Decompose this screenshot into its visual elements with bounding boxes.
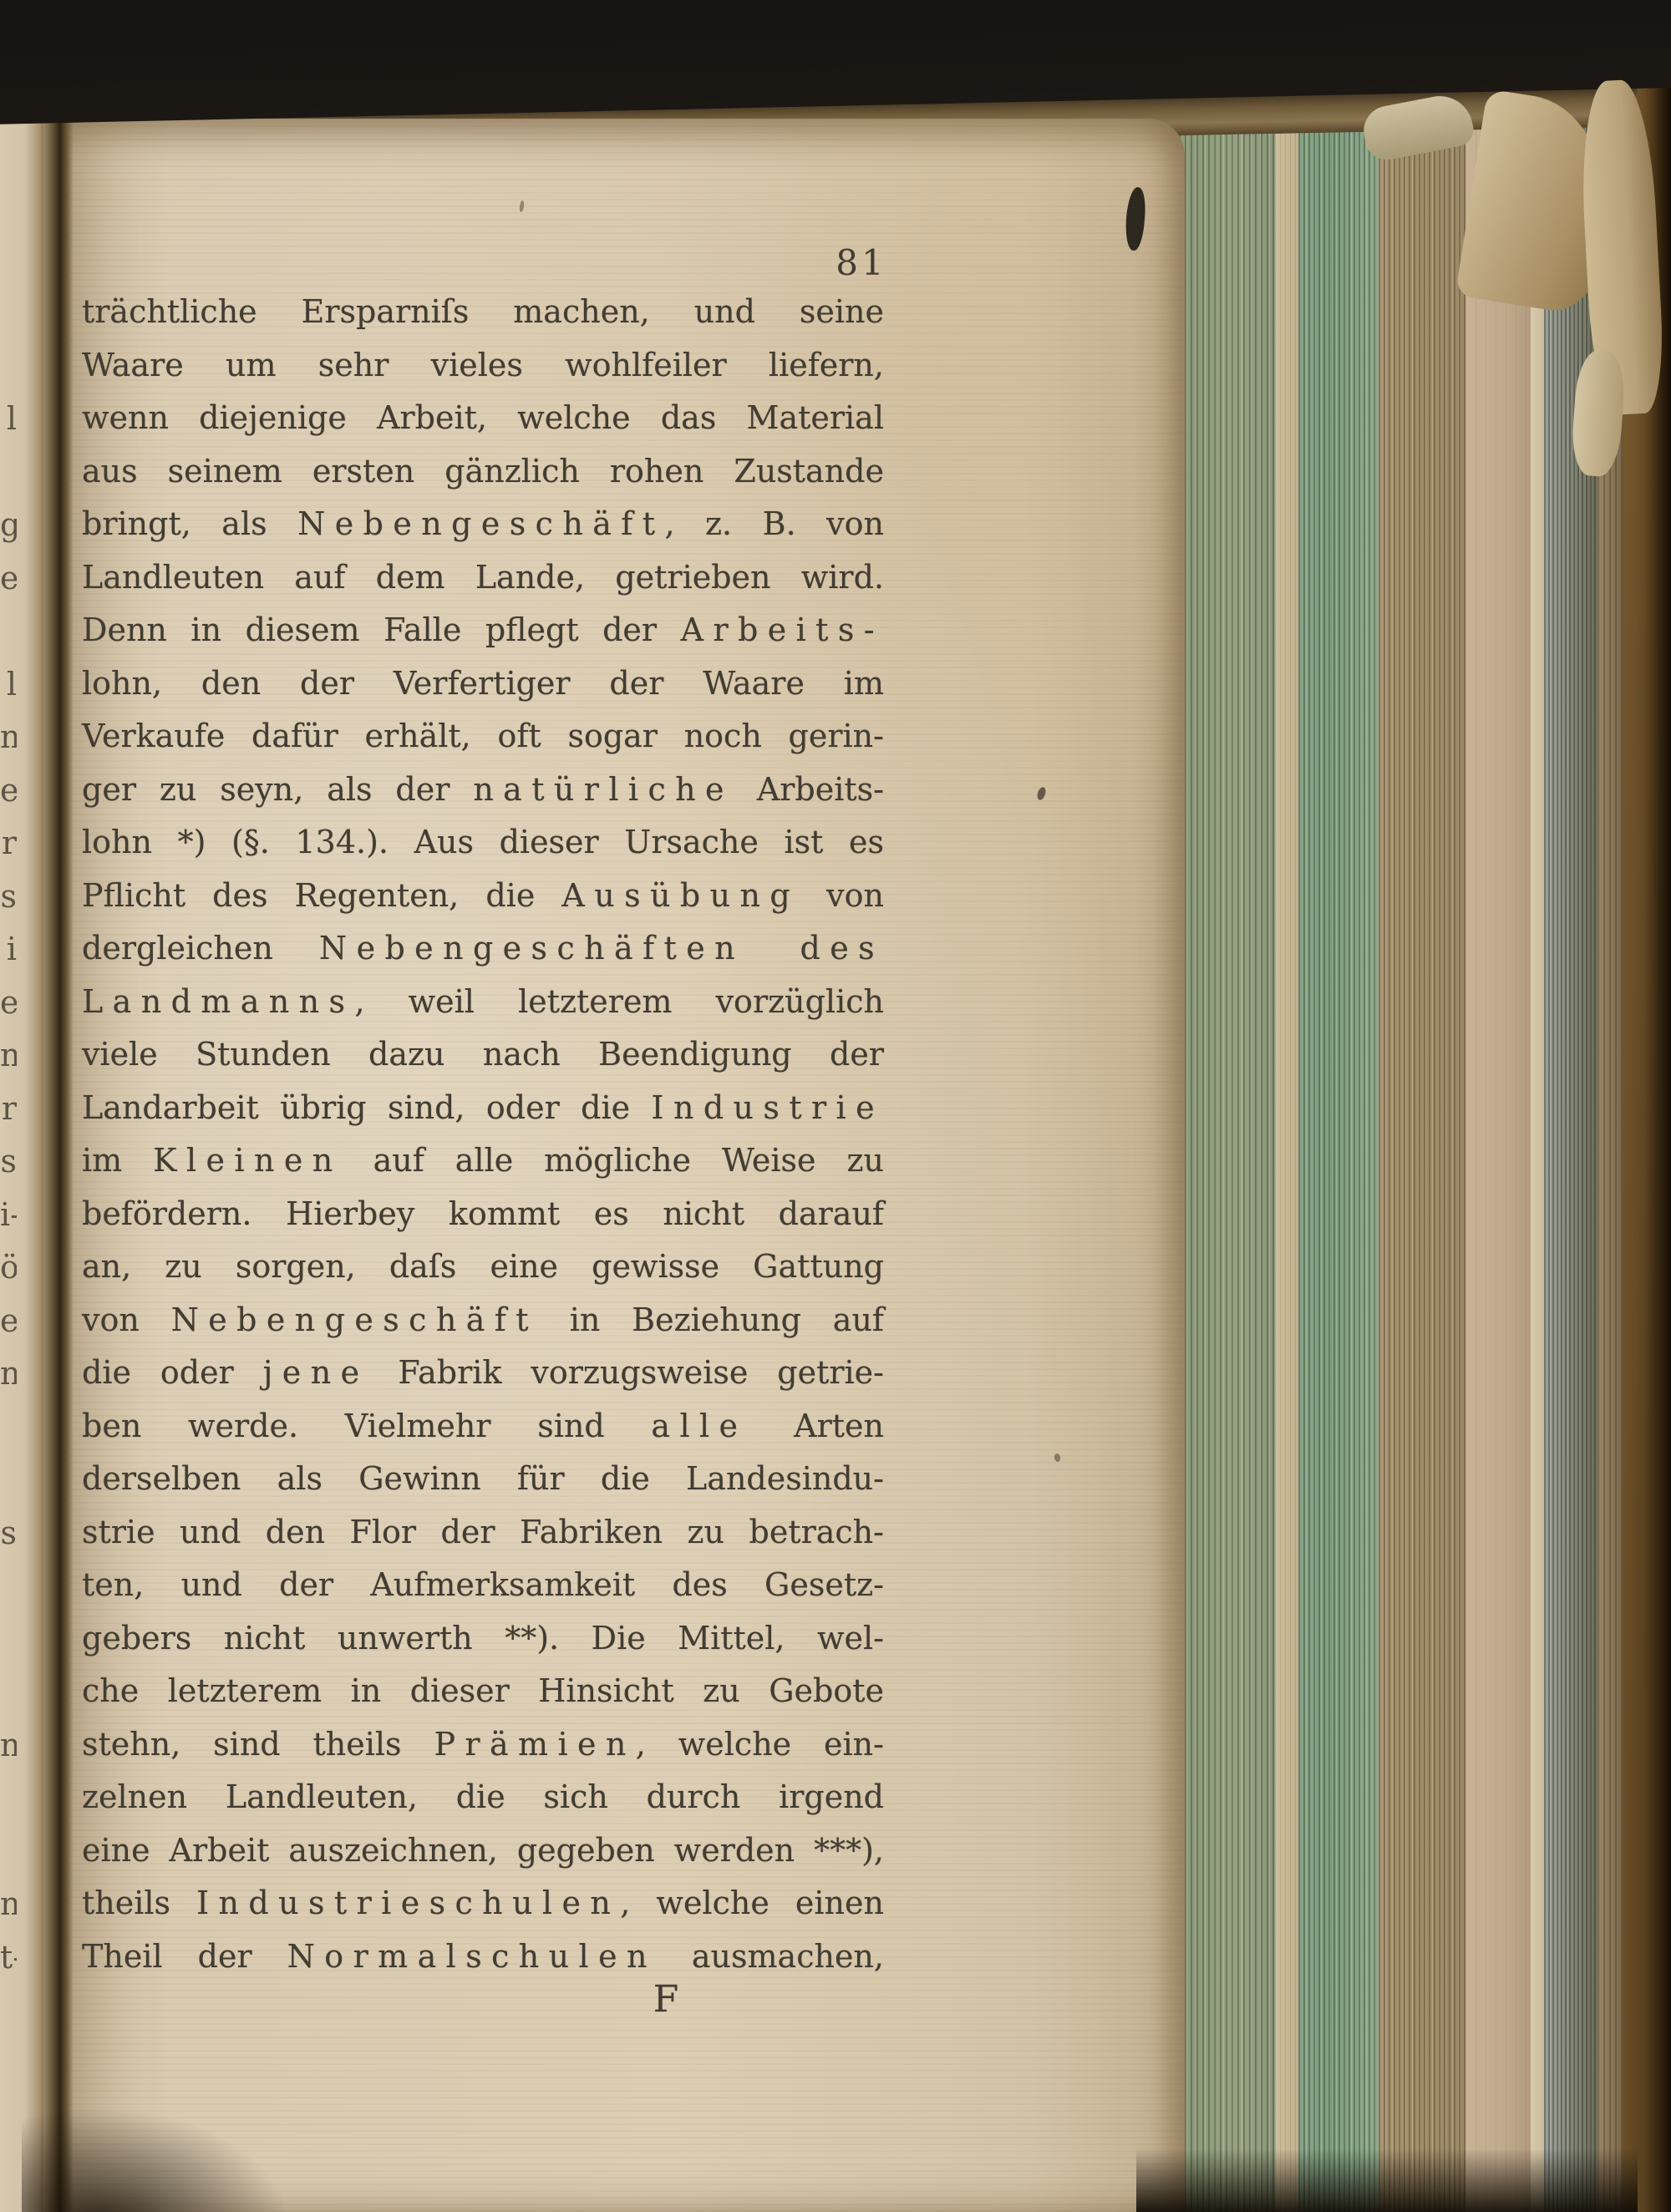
text-segment: von [800, 877, 884, 914]
text-segment: Landarbeit übrig sind, oder die [82, 1089, 652, 1126]
text-segment: Theil der [82, 1938, 287, 1975]
signature-mark: F [591, 1978, 741, 2021]
letterspaced-text: Kleinen [153, 1142, 342, 1179]
text-segment: auf alle mögliche Weise zu [343, 1142, 884, 1179]
text-line: che letzterem in dieser Hinsicht zu Gebo… [82, 1665, 884, 1718]
text-segment: theils [82, 1885, 196, 1921]
text-segment: Arbeits- [734, 771, 884, 808]
text-line: im Kleinen auf alle mögliche Weise zu [82, 1134, 884, 1188]
edge-text-fragment: n [0, 1347, 17, 1400]
text-segment: Waare um sehr vieles wohlfeiler liefern, [82, 347, 884, 383]
text-segment: gebers nicht unwerth **). Die Mittel, we… [82, 1620, 884, 1656]
edge-text-fragment: n [0, 1028, 17, 1082]
text-line: von Nebengeschäft in Beziehung auf [82, 1294, 884, 1347]
bottom-shadow [22, 2103, 297, 2212]
text-line: zelnen Landleuten, die sich durch irgend [82, 1771, 884, 1824]
letterspaced-text: Industrieschulen [196, 1885, 620, 1921]
text-segment: , welche einen [620, 1885, 884, 1921]
text-segment: lohn, den der Verfertiger der Waare im [82, 665, 884, 702]
letterspaced-text: Nebengeschäft [297, 505, 664, 542]
text-line: Waare um sehr vieles wohlfeiler liefern, [82, 339, 884, 393]
edge-text-fragment: e [0, 764, 17, 817]
text-line: die oder jene Fabrik vorzugsweise getrie… [82, 1347, 884, 1400]
text-segment: lohn *) (§. 134.). Aus dieser Ursache is… [82, 824, 884, 860]
edge-text-fragment: ö- [0, 1240, 17, 1294]
text-segment: ausmachen, [657, 1938, 884, 1975]
letterspaced-text: Nebengeschäft [171, 1301, 538, 1338]
text-line: trächtliche Ersparniſs machen, und seine [82, 286, 884, 339]
edge-text-fragment: e [0, 551, 17, 605]
text-segment: Landleuten auf dem Lande, getrieben wird… [82, 559, 884, 596]
letterspaced-text: Arbeits- [681, 611, 884, 648]
text-segment: befördern. Hierbey kommt es nicht darauf [82, 1195, 884, 1232]
text-line: viele Stunden dazu nach Beendigung der [82, 1028, 884, 1082]
text-line: an, zu sorgen, daſs eine gewisse Gattung [82, 1240, 884, 1294]
text-line: lohn *) (§. 134.). Aus dieser Ursache is… [82, 816, 884, 870]
text-segment: im [82, 1142, 153, 1179]
page-number: 81 [811, 242, 912, 283]
text-segment: , weil letzterem vorzüglich [354, 983, 884, 1020]
edge-text-fragment: n [0, 1718, 17, 1772]
text-segment: ten, und der Aufmerksamkeit des Gesetz- [82, 1566, 884, 1603]
text-segment: trächtliche Ersparniſs machen, und seine [82, 293, 884, 330]
text-segment: zelnen Landleuten, die sich durch irgend [82, 1778, 884, 1815]
book-fore-edge [1150, 0, 1623, 2212]
letterspaced-text: Ausübung [561, 877, 800, 914]
text-segment: Arten [747, 1408, 884, 1444]
edge-text-fragment: t- [0, 1930, 17, 1984]
text-segment: derselben als Gewinn für die Landesindu- [82, 1460, 884, 1497]
text-segment: in Beziehung auf [538, 1301, 884, 1338]
text-segment: Denn in diesem Falle pflegt der [82, 611, 681, 648]
fore-edge-cream-line [1531, 0, 1544, 2212]
text-segment: eine Arbeit auszeichnen, gegeben werden … [82, 1832, 884, 1869]
edge-text-fragment: e [0, 1294, 17, 1347]
edge-text-fragment: s [0, 1506, 17, 1560]
text-line: Landmanns, weil letzterem vorzüglich [82, 976, 884, 1029]
edge-text-fragment: r [0, 816, 17, 870]
text-segment: dergleichen [82, 930, 319, 966]
text-line: Verkaufe dafür erhält, oft sogar noch ge… [82, 710, 884, 764]
text-line: derselben als Gewinn für die Landesindu- [82, 1453, 884, 1506]
text-line: stehn, sind theils Prämien, welche ein- [82, 1718, 884, 1772]
text-segment: wenn diejenige Arbeit, welche das Materi… [82, 399, 884, 436]
text-line: ger zu seyn, als der natürliche Arbeits- [82, 764, 884, 817]
text-line: strie und den Flor der Fabriken zu betra… [82, 1506, 884, 1560]
letterspaced-text: Nebengeschäften des [319, 930, 884, 966]
edge-text-fragment: g [0, 498, 17, 551]
text-block: trächtliche Ersparniſs machen, und seine… [82, 286, 884, 1983]
facing-page-sliver: lgelnersienrsi-ö-ensnnt- [0, 117, 45, 2212]
text-line: lohn, den der Verfertiger der Waare im [82, 657, 884, 711]
text-segment: ger zu seyn, als der [82, 771, 473, 808]
text-segment: , welche ein- [636, 1726, 884, 1763]
edge-text-fragment: r [0, 1082, 17, 1135]
text-line: gebers nicht unwerth **). Die Mittel, we… [82, 1612, 884, 1666]
text-segment: strie und den Flor der Fabriken zu betra… [82, 1514, 884, 1550]
text-line: ben werde. Vielmehr sind alle Arten [82, 1400, 884, 1454]
edge-text-fragment: s [0, 1134, 17, 1188]
edge-text-fragment: i- [0, 1188, 17, 1241]
book-page: 81 trächtliche Ersparniſs machen, und se… [55, 119, 1185, 2212]
text-line: aus seinem ersten gänzlich rohen Zustand… [82, 445, 884, 499]
ink-speck [519, 200, 525, 213]
edge-text-fragment: l [0, 657, 17, 711]
text-line: dergleichen Nebengeschäften des [82, 922, 884, 976]
text-line: Landleuten auf dem Lande, getrieben wird… [82, 551, 884, 605]
text-segment: Verkaufe dafür erhält, oft sogar noch ge… [82, 718, 884, 754]
text-segment: , z. B. von [664, 505, 884, 542]
book-scan-photo: lgelnersienrsi-ö-ensnnt- 81 trächtliche … [0, 0, 1671, 2212]
bottom-shadow [1136, 2149, 1638, 2212]
text-line: bringt, als Nebengeschäft, z. B. von [82, 498, 884, 551]
text-line: Theil der Normalschulen ausmachen, [82, 1930, 884, 1984]
text-line: befördern. Hierbey kommt es nicht darauf [82, 1188, 884, 1241]
fore-edge-tan-line [1275, 0, 1298, 2212]
edge-text-fragment: s [0, 870, 17, 923]
text-segment: Fabrik vorzugsweise getrie- [368, 1354, 884, 1391]
text-segment: die oder [82, 1354, 263, 1391]
edge-text-fragment: n [0, 710, 17, 764]
text-segment: an, zu sorgen, daſs eine gewisse Gattung [82, 1248, 884, 1285]
text-line: wenn diejenige Arbeit, welche das Materi… [82, 392, 884, 445]
letterspaced-text: Industrie [652, 1089, 884, 1126]
fore-edge-green-band-2 [1298, 0, 1379, 2212]
letterspaced-text: natürliche [473, 771, 734, 808]
text-line: theils Industrieschulen, welche einen [82, 1877, 884, 1930]
letterspaced-text: alle [651, 1408, 747, 1444]
text-segment: von [82, 1301, 171, 1338]
text-line: Denn in diesem Falle pflegt der Arbeits- [82, 604, 884, 657]
ink-speck [1036, 786, 1048, 801]
text-segment: che letzterem in dieser Hinsicht zu Gebo… [82, 1672, 884, 1709]
text-segment: viele Stunden dazu nach Beendigung der [82, 1036, 884, 1073]
text-segment: aus seinem ersten gänzlich rohen Zustand… [82, 453, 884, 490]
text-line: Pflicht des Regenten, die Ausübung von [82, 870, 884, 923]
edge-text-fragment: l [0, 392, 17, 445]
text-segment: ben werde. Vielmehr sind [82, 1408, 651, 1444]
text-segment: Pflicht des Regenten, die [82, 877, 561, 914]
fore-edge-smooth-band [1465, 0, 1531, 2212]
letterspaced-text: Landmanns [82, 983, 354, 1020]
edge-text-fragment: i [0, 922, 17, 976]
fore-edge-slate-band [1544, 0, 1597, 2212]
text-line: ten, und der Aufmerksamkeit des Gesetz- [82, 1559, 884, 1612]
text-line: eine Arbeit auszeichnen, gegeben werden … [82, 1824, 884, 1878]
edge-text-fragment: n [0, 1877, 17, 1930]
ink-speck [1054, 1453, 1061, 1462]
edge-text-fragment: e [0, 976, 17, 1029]
text-line: Landarbeit übrig sind, oder die Industri… [82, 1082, 884, 1135]
fore-edge-brown-band [1379, 0, 1465, 2212]
text-segment: stehn, sind theils [82, 1726, 434, 1763]
letterspaced-text: jene [263, 1354, 369, 1391]
gutter-shadow [43, 114, 74, 2212]
letterspaced-text: Normalschulen [287, 1938, 657, 1975]
letterspaced-text: Prämien [434, 1726, 635, 1763]
text-segment: bringt, als [82, 505, 297, 542]
